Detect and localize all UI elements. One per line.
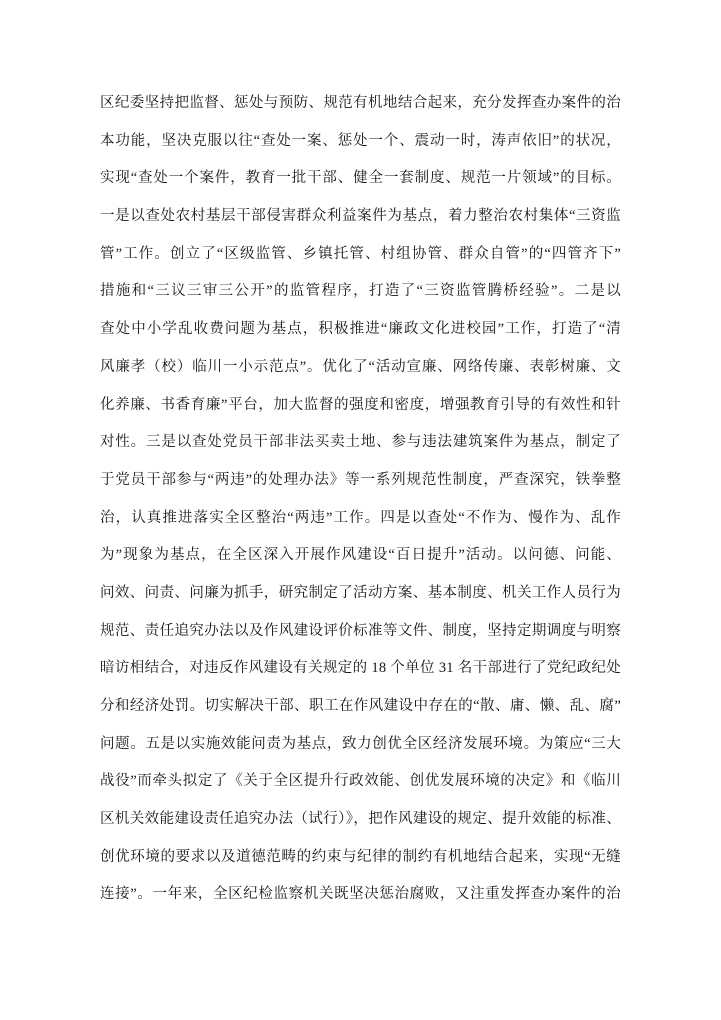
text-line-5: 管”工作。创立了“区级监管、乡镇托管、村组协管、群众自管”的“四管齐下” <box>100 236 621 274</box>
text-line-1: 区纪委坚持把监督、惩处与预防、规范有机地结合起来，充分发挥查办案件的治 <box>100 85 621 123</box>
text-line-15: 规范、责任追究办法以及作风建设评价标准等文件、制度，坚持定期调度与明察 <box>100 613 621 651</box>
text-line-12: 治，认真推进落实全区整治“两违”工作。四是以查处“不作为、慢作为、乱作 <box>100 500 621 538</box>
text-line-13: 为”现象为基点，在全区深入开展作风建设“百日提升”活动。以问德、问能、 <box>100 537 621 575</box>
text-line-6: 措施和“三议三审三公开”的监管程序，打造了“三资监管腾桥经验”。二是以 <box>100 273 621 311</box>
text-line-14: 问效、问责、问廉为抓手，研究制定了活动方案、基本制度、机关工作人员行为 <box>100 575 621 613</box>
text-line-2: 本功能，坚决克服以往“查处一案、惩处一个、震动一时，涛声依旧”的状况， <box>100 123 621 161</box>
text-line-21: 创优环境的要求以及道德范畴的约束与纪律的制约有机地结合起来，实现“无缝 <box>100 839 621 877</box>
text-line-9: 化养廉、书香育廉”平台，加大监督的强度和密度，增强教育引导的有效性和针 <box>100 387 621 425</box>
text-line-20: 区机关效能建设责任追究办法（试行）》，把作风建设的规定、提升效能的标准、 <box>100 801 621 839</box>
text-line-17: 分和经济处罚。切实解决干部、职工在作风建设中存在的“散、庸、懒、乱、腐” <box>100 688 621 726</box>
text-line-10: 对性。三是以查处党员干部非法买卖土地、参与违法建筑案件为基点，制定了《关 <box>100 424 621 462</box>
text-line-16: 暗访相结合，对违反作风建设有关规定的 18 个单位 31 名干部进行了党纪政纪处 <box>100 650 621 688</box>
text-line-22: 连接”。一年来，全区纪检监察机关既坚决惩治腐败，又注重发挥查办案件的治 <box>100 876 621 914</box>
text-line-19: 战役”而牵头拟定了《关于全区提升行政效能、创优发展环境的决定》和《临川 <box>100 763 621 801</box>
text-line-18: 问题。五是以实施效能问责为基点，致力创优全区经济发展环境。为策应“三大 <box>100 726 621 764</box>
text-line-4: 一是以查处农村基层干部侵害群众利益案件为基点，着力整治农村集体“三资监 <box>100 198 621 236</box>
text-line-11: 于党员干部参与“两违”的处理办法》等一系列规范性制度，严查深究，铁拳整 <box>100 462 621 500</box>
document-page: 区纪委坚持把监督、惩处与预防、规范有机地结合起来，充分发挥查办案件的治 本功能，… <box>0 0 721 1020</box>
text-line-3: 实现“查处一个案件，教育一批干部、健全一套制度、规范一片领域”的目标。 <box>100 160 621 198</box>
text-line-7: 查处中小学乱收费问题为基点，积极推进“廉政文化进校园”工作，打造了“清 <box>100 311 621 349</box>
document-body: 区纪委坚持把监督、惩处与预防、规范有机地结合起来，充分发挥查办案件的治 本功能，… <box>100 85 621 914</box>
text-line-8: 风廉孝（校）临川一小示范点”。优化了“活动宣廉、网络传廉、表彰树廉、文 <box>100 349 621 387</box>
